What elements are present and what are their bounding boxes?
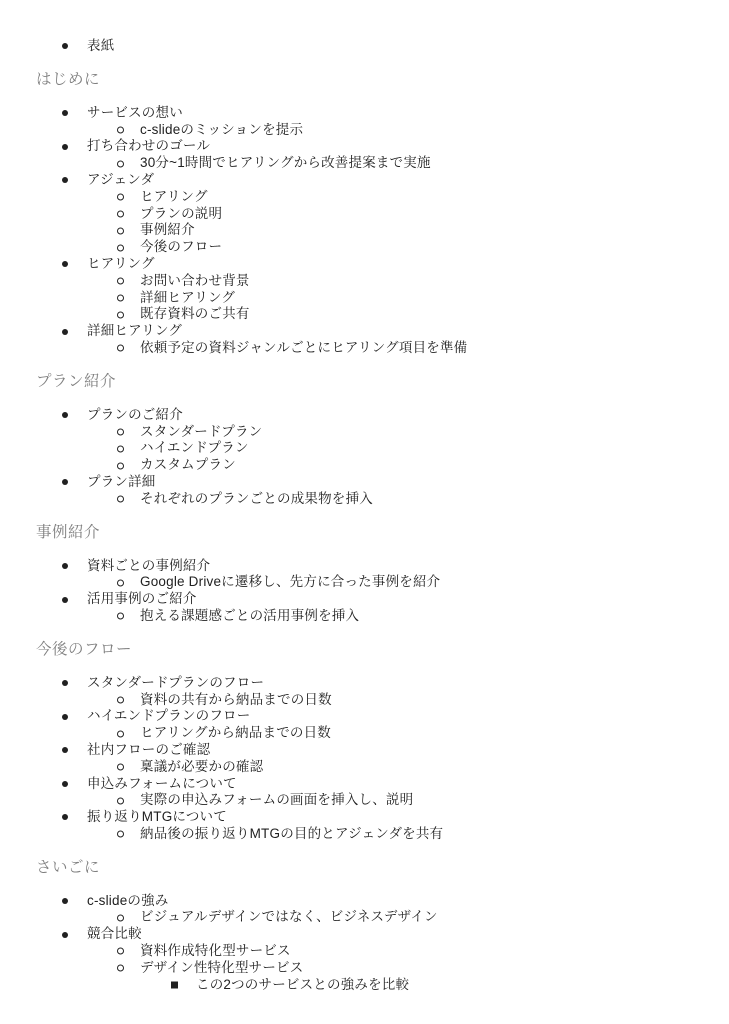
outline-item-text: 競合比較 (87, 926, 142, 941)
outline-item: c-slideのミッションを提示 (36, 122, 699, 139)
outline-item-text: アジェンダ (87, 172, 154, 187)
outline-item: 社内フローのご確認 (36, 742, 699, 759)
outline-item: ビジュアルデザインではなく、ビジネスデザイン (36, 909, 699, 926)
disc-bullet-icon (62, 563, 68, 569)
circle-bullet-icon (117, 831, 124, 838)
outline-item: ハイエンドプラン (36, 440, 699, 457)
outline-item-text: 30分~1時間でヒアリングから改善提案まで実施 (140, 155, 431, 170)
disc-bullet-icon (62, 177, 68, 183)
outline-item: 30分~1時間でヒアリングから改善提案まで実施 (36, 155, 699, 172)
outline-item: スタンダードプランのフロー (36, 675, 699, 692)
circle-bullet-icon (117, 278, 124, 285)
outline-item: デザイン性特化型サービス (36, 960, 699, 977)
circle-bullet-icon (117, 445, 124, 452)
outline-item: サービスの想い (36, 105, 699, 122)
outline-item: スタンダードプラン (36, 424, 699, 441)
outline-item-text: サービスの想い (87, 105, 183, 120)
outline-item-text: 表紙 (87, 38, 114, 53)
disc-bullet-icon (62, 781, 68, 787)
outline-list: 表紙 (36, 38, 699, 55)
outline-item: 詳細ヒアリング (36, 323, 699, 340)
outline-item: 既存資料のご共有 (36, 306, 699, 323)
outline-item: 資料ごとの事例紹介 (36, 558, 699, 575)
outline-item: 資料の共有から納品までの日数 (36, 692, 699, 709)
outline-item: 競合比較 (36, 926, 699, 943)
outline-item: お問い合わせ背景 (36, 273, 699, 290)
outline-item: ヒアリング (36, 256, 699, 273)
outline-item-text: ビジュアルデザインではなく、ビジネスデザイン (140, 909, 438, 924)
outline-item-text: 納品後の振り返りMTGの目的とアジェンダを共有 (140, 826, 443, 841)
disc-bullet-icon (62, 412, 68, 418)
outline-item-text: プランのご紹介 (87, 407, 183, 422)
circle-bullet-icon (117, 462, 124, 469)
outline-item: 打ち合わせのゴール (36, 138, 699, 155)
circle-bullet-icon (117, 244, 124, 251)
disc-bullet-icon (62, 110, 68, 116)
outline-item: 事例紹介 (36, 222, 699, 239)
circle-bullet-icon (117, 696, 124, 703)
outline-item-text: 詳細ヒアリング (140, 290, 235, 305)
circle-bullet-icon (117, 210, 124, 217)
section-heading: プラン紹介 (36, 372, 699, 392)
outline-item: ヒアリングから納品までの日数 (36, 725, 699, 742)
circle-bullet-icon (117, 797, 124, 804)
outline-item-text: 詳細ヒアリング (87, 323, 182, 338)
outline-item-text: 稟議が必要かの確認 (140, 759, 263, 774)
outline-item-text: 抱える課題感ごとの活用事例を挿入 (140, 608, 359, 623)
outline-item-text: 今後のフロー (140, 239, 222, 254)
square-bullet-icon (171, 982, 178, 989)
circle-bullet-icon (117, 613, 124, 620)
outline-item-text: それぞれのプランごとの成果物を挿入 (140, 491, 373, 506)
circle-bullet-icon (117, 579, 124, 586)
section-heading: はじめに (36, 70, 699, 90)
section-heading: さいごに (36, 858, 699, 878)
outline-list: スタンダードプランのフロー資料の共有から納品までの日数ハイエンドプランのフローヒ… (36, 675, 699, 843)
disc-bullet-icon (62, 814, 68, 820)
outline-item: 納品後の振り返りMTGの目的とアジェンダを共有 (36, 826, 699, 843)
outline-item-text: スタンダードプランのフロー (87, 675, 264, 690)
circle-bullet-icon (117, 914, 124, 921)
outline-item-text: c-slideのミッションを提示 (140, 122, 303, 137)
outline-item: 表紙 (36, 38, 699, 55)
outline-item: 資料作成特化型サービス (36, 943, 699, 960)
outline-item-text: ヒアリングから納品までの日数 (140, 725, 331, 740)
outline-item: 実際の申込みフォームの画面を挿入し、説明 (36, 792, 699, 809)
outline-item: プランの説明 (36, 206, 699, 223)
outline-item-text: 振り返りMTGについて (87, 809, 227, 824)
outline-item-text: ヒアリング (140, 189, 208, 204)
section-heading: 今後のフロー (36, 640, 699, 660)
outline-item: 今後のフロー (36, 239, 699, 256)
outline-item-text: 資料ごとの事例紹介 (87, 558, 210, 573)
circle-bullet-icon (117, 311, 124, 318)
outline-item-text: この2つのサービスとの強みを比較 (196, 977, 409, 992)
outline-item: 依頼予定の資料ジャンルごとにヒアリング項目を準備 (36, 340, 699, 357)
outline-item: 振り返りMTGについて (36, 809, 699, 826)
circle-bullet-icon (117, 345, 124, 352)
outline-item-text: プランの説明 (140, 206, 222, 221)
disc-bullet-icon (62, 747, 68, 753)
outline-item-text: 社内フローのご確認 (87, 742, 210, 757)
outline-item-text: 資料の共有から納品までの日数 (140, 692, 332, 707)
circle-bullet-icon (117, 428, 124, 435)
outline-item-text: スタンダードプラン (140, 424, 262, 439)
disc-bullet-icon (62, 261, 68, 267)
circle-bullet-icon (117, 126, 124, 133)
disc-bullet-icon (62, 144, 68, 150)
circle-bullet-icon (117, 764, 124, 771)
outline-list: プランのご紹介スタンダードプランハイエンドプランカスタムプランプラン詳細それぞれ… (36, 407, 699, 508)
outline-item: プランのご紹介 (36, 407, 699, 424)
outline-item-text: 資料作成特化型サービス (140, 943, 291, 958)
disc-bullet-icon (62, 479, 68, 485)
section-heading: 事例紹介 (36, 523, 699, 543)
outline-item-text: 実際の申込みフォームの画面を挿入し、説明 (140, 792, 413, 807)
circle-bullet-icon (117, 227, 124, 234)
outline-item-text: デザイン性特化型サービス (140, 960, 303, 975)
outline-item-text: 打ち合わせのゴール (87, 138, 210, 153)
circle-bullet-icon (117, 160, 124, 167)
outline-item: ハイエンドプランのフロー (36, 708, 699, 725)
outline-item-text: ハイエンドプラン (140, 440, 249, 455)
circle-bullet-icon (117, 294, 124, 301)
disc-bullet-icon (62, 898, 68, 904)
disc-bullet-icon (62, 932, 68, 938)
disc-bullet-icon (62, 329, 68, 335)
outline-item: c-slideの強み (36, 893, 699, 910)
outline-item-text: Google Driveに遷移し、先方に合った事例を紹介 (140, 574, 440, 589)
outline-item-text: 既存資料のご共有 (140, 306, 250, 321)
outline-list: 資料ごとの事例紹介Google Driveに遷移し、先方に合った事例を紹介活用事… (36, 558, 699, 625)
outline-item-text: お問い合わせ背景 (140, 273, 250, 288)
disc-bullet-icon (62, 43, 68, 49)
document-page: 表紙はじめにサービスの想いc-slideのミッションを提示打ち合わせのゴール30… (0, 0, 729, 1024)
outline-item: アジェンダ (36, 172, 699, 189)
circle-bullet-icon (117, 496, 124, 503)
circle-bullet-icon (117, 948, 124, 955)
outline-list: c-slideの強みビジュアルデザインではなく、ビジネスデザイン競合比較資料作成… (36, 893, 699, 994)
outline-item-text: ハイエンドプランのフロー (87, 708, 250, 723)
circle-bullet-icon (117, 194, 124, 201)
outline-list: サービスの想いc-slideのミッションを提示打ち合わせのゴール30分~1時間で… (36, 105, 699, 357)
outline-item-text: 事例紹介 (140, 222, 195, 237)
outline-item: 活用事例のご紹介 (36, 591, 699, 608)
outline-item: Google Driveに遷移し、先方に合った事例を紹介 (36, 574, 699, 591)
outline-item: 抱える課題感ごとの活用事例を挿入 (36, 608, 699, 625)
disc-bullet-icon (62, 714, 68, 720)
outline-item: 詳細ヒアリング (36, 290, 699, 307)
outline-item-text: c-slideの強み (87, 893, 169, 908)
outline-item: この2つのサービスとの強みを比較 (36, 977, 699, 994)
outline-item: それぞれのプランごとの成果物を挿入 (36, 491, 699, 508)
outline-item: 稟議が必要かの確認 (36, 759, 699, 776)
outline-item: カスタムプラン (36, 457, 699, 474)
outline-item: プラン詳細 (36, 474, 699, 491)
outline-item-text: 活用事例のご紹介 (87, 591, 197, 606)
outline-item: 申込みフォームについて (36, 776, 699, 793)
outline-item-text: 申込みフォームについて (87, 776, 237, 791)
outline-item-text: ヒアリング (87, 256, 155, 271)
circle-bullet-icon (117, 730, 124, 737)
disc-bullet-icon (62, 680, 68, 686)
disc-bullet-icon (62, 597, 68, 603)
outline-item-text: 依頼予定の資料ジャンルごとにヒアリング項目を準備 (140, 340, 467, 355)
document-outline: 表紙はじめにサービスの想いc-slideのミッションを提示打ち合わせのゴール30… (0, 0, 729, 1024)
outline-item: ヒアリング (36, 189, 699, 206)
circle-bullet-icon (117, 965, 124, 972)
outline-item-text: カスタムプラン (140, 457, 236, 472)
outline-item-text: プラン詳細 (87, 474, 156, 489)
